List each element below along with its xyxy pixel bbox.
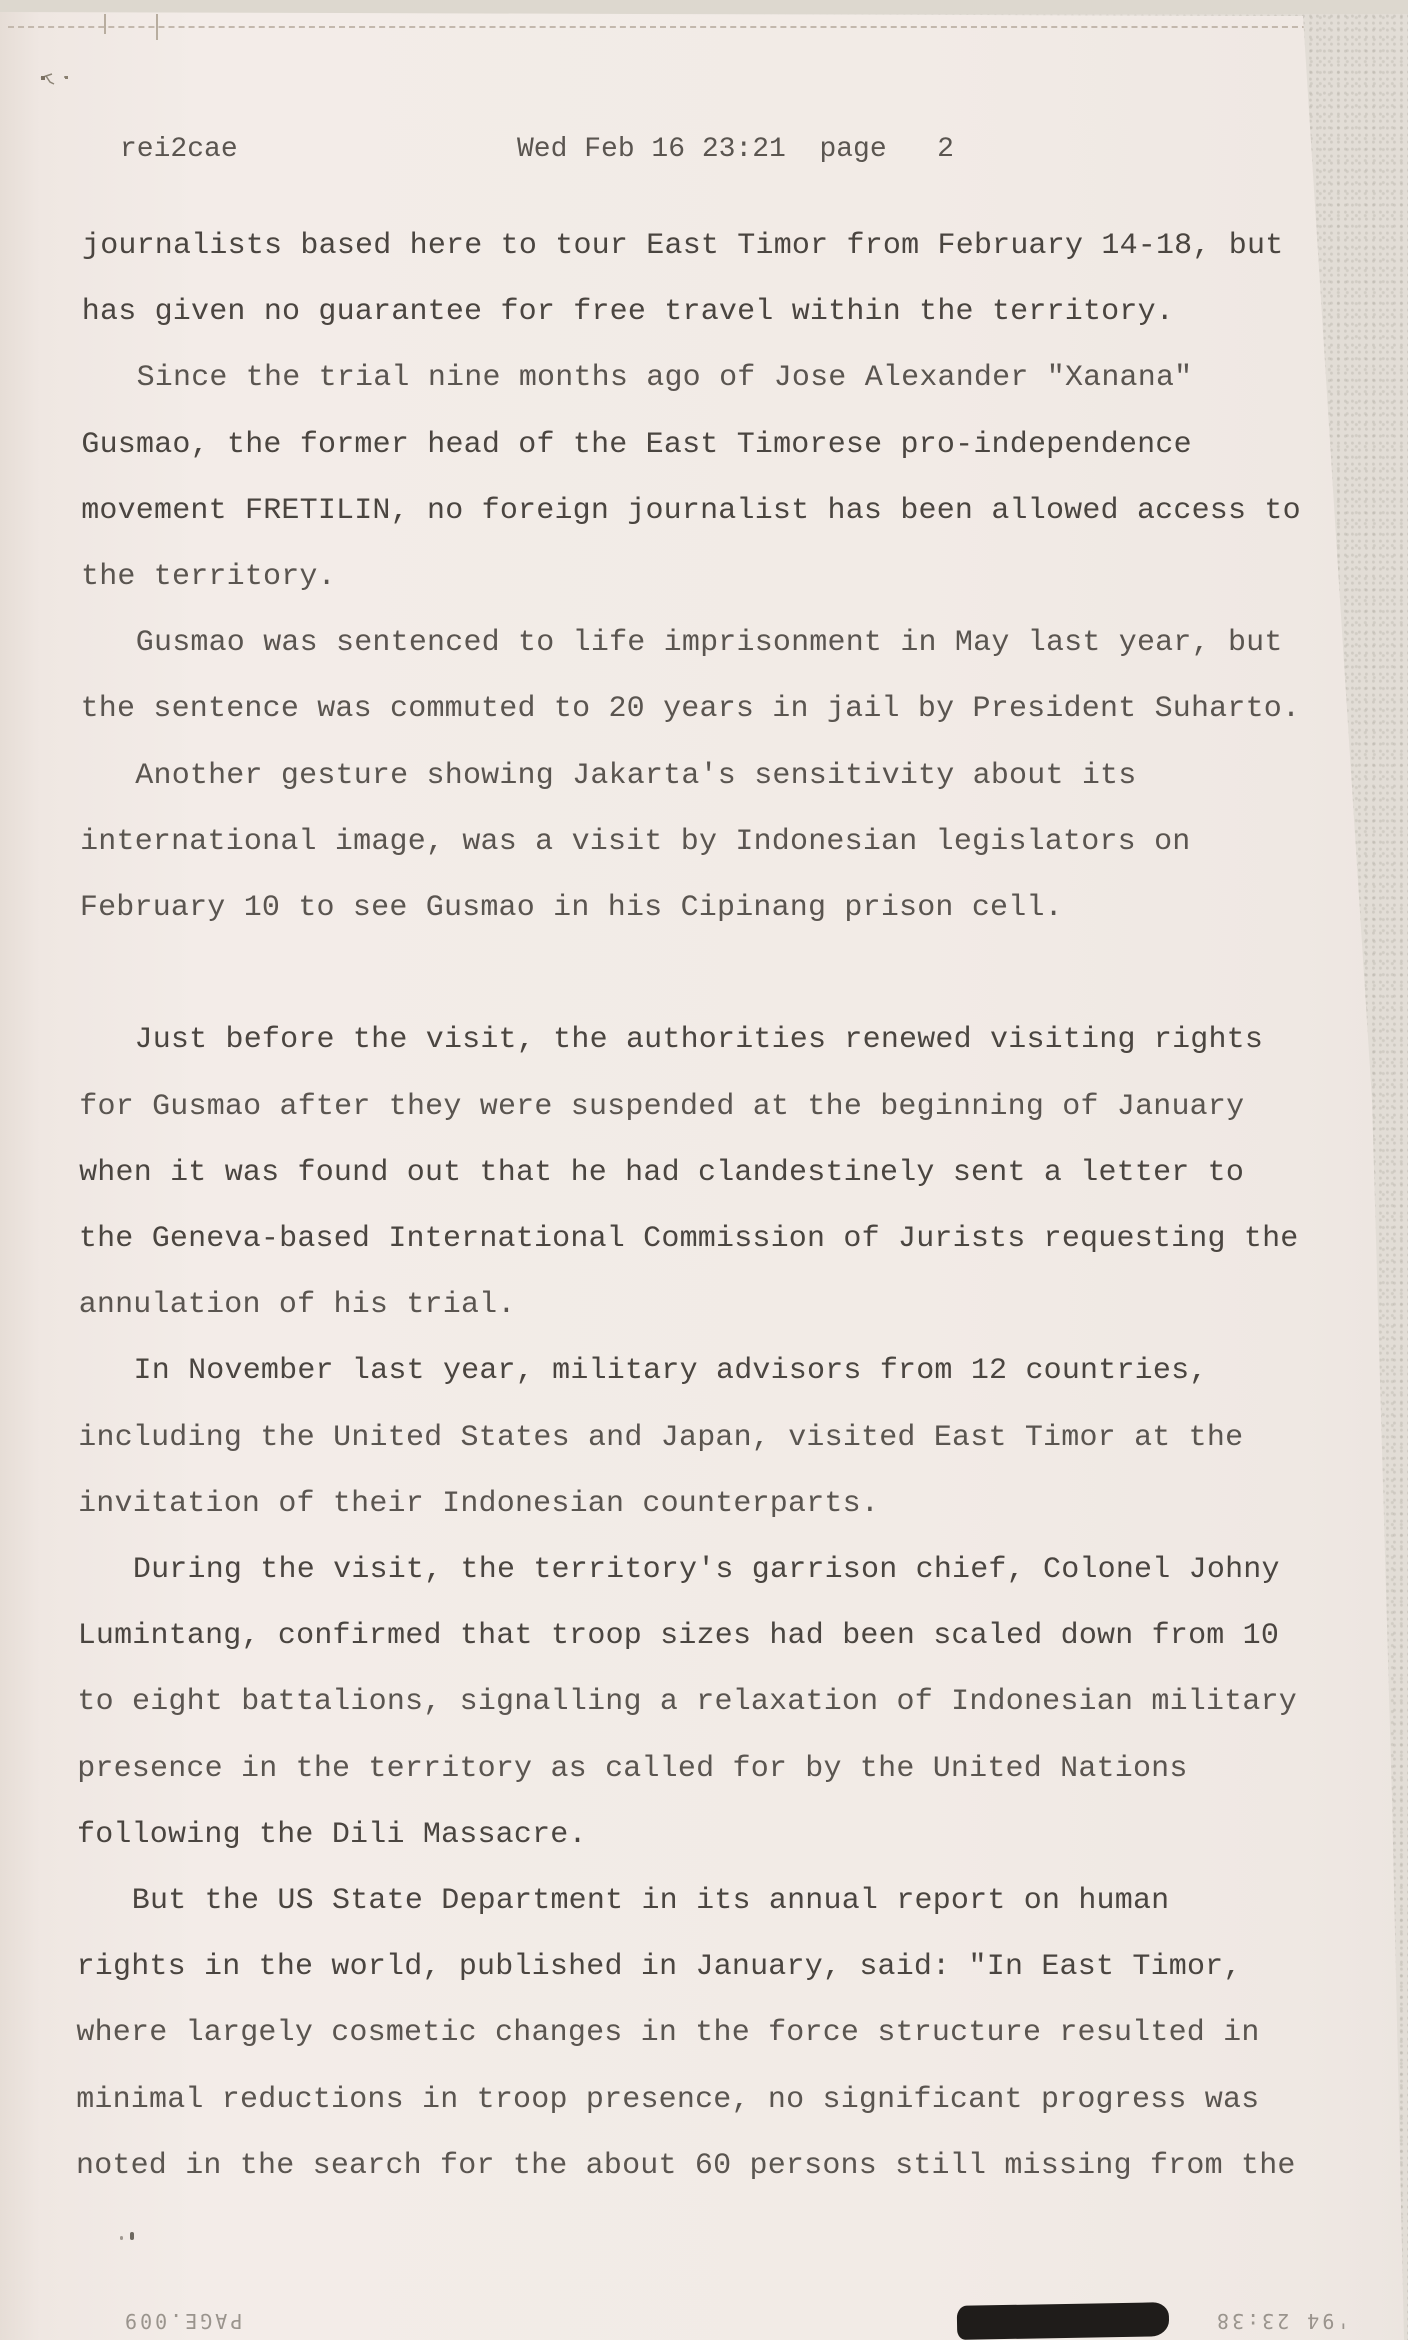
body-text-line: Lumintang, confirmed that troop sizes ha…	[78, 1618, 1279, 1654]
ink-speck	[120, 2236, 123, 2240]
fax-timestamp: '94 23:38	[1214, 2310, 1349, 2332]
body-text-line: Gusmao was sentenced to life imprisonmen…	[136, 625, 1283, 661]
fold-mark	[104, 14, 106, 34]
body-text-line: when it was found out that he had clande…	[79, 1155, 1244, 1191]
body-text-line: the territory.	[81, 559, 336, 595]
body-text-line: the sentence was commuted to 20 years in…	[81, 691, 1301, 727]
ink-smudge-mark	[38, 68, 78, 92]
body-text-line: following the Dili Massacre.	[77, 1817, 587, 1853]
body-text-line: annulation of his trial.	[79, 1287, 516, 1323]
body-text-line: rights in the world, published in Januar…	[77, 1949, 1242, 1985]
body-text-line: Gusmao, the former head of the East Timo…	[81, 427, 1191, 463]
body-text-line: During the visit, the territory's garris…	[133, 1552, 1280, 1588]
background-wall	[0, 0, 1408, 14]
body-text-line: including the United States and Japan, v…	[78, 1420, 1243, 1456]
header-datetime-page: Wed Feb 16 23:21 page 2	[517, 132, 954, 168]
body-text-line: has given no guarantee for free travel w…	[82, 294, 1174, 330]
body-text-line: the Geneva-based International Commissio…	[79, 1221, 1299, 1257]
redaction-mark	[957, 2302, 1170, 2340]
body-text-line: for Gusmao after they were suspended at …	[79, 1089, 1244, 1125]
fold-mark	[156, 14, 158, 40]
body-text-line: But the US State Department in its annua…	[132, 1883, 1170, 1919]
body-text-line: February 10 to see Gusmao in his Cipinan…	[80, 890, 1063, 926]
body-text-line: Just before the visit, the authorities r…	[135, 1022, 1264, 1058]
ink-speck	[130, 2232, 134, 2240]
body-text-line: movement FRETILIN, no foreign journalist…	[81, 493, 1301, 529]
body-text-line: presence in the territory as called for …	[77, 1751, 1187, 1787]
body-text-line: where largely cosmetic changes in the fo…	[76, 2015, 1259, 2051]
body-text-line: journalists based here to tour East Timo…	[82, 228, 1283, 264]
perforation-line	[8, 26, 1308, 28]
body-text-line: international image, was a visit by Indo…	[80, 824, 1190, 860]
body-text-line: invitation of their Indonesian counterpa…	[78, 1486, 879, 1522]
body-text-line: noted in the search for the about 60 per…	[76, 2148, 1296, 2184]
body-text-line: Since the trial nine months ago of Jose …	[137, 360, 1193, 396]
document-id: rei2cae	[120, 132, 238, 168]
body-text-line: Another gesture showing Jakarta's sensit…	[135, 758, 1136, 794]
body-text-line: minimal reductions in troop presence, no…	[76, 2082, 1259, 2118]
body-text-line: to eight battalions, signalling a relaxa…	[77, 1684, 1297, 1720]
fax-page-label: PAGE.009	[122, 2310, 242, 2332]
body-text-line: In November last year, military advisors…	[134, 1353, 1208, 1389]
paper-sheet: rei2cae Wed Feb 16 23:21 page 2 journali…	[0, 0, 1408, 2340]
